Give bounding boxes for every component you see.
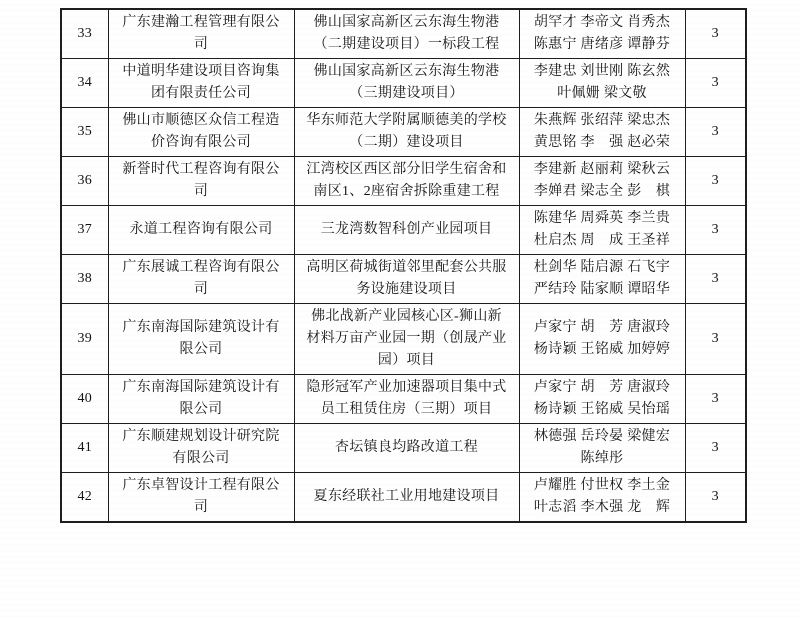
company-name: 广东建瀚工程管理有限公 司 [108, 9, 294, 59]
staff-names: 卢家宁 胡 芳 唐淑玲 杨诗颖 王铭威 吴怡瑶 [519, 375, 685, 424]
staff-count: 3 [685, 206, 746, 255]
staff-count: 3 [685, 424, 746, 473]
project-name: 夏东经联社工业用地建设项目 [294, 473, 519, 523]
staff-count: 3 [685, 304, 746, 375]
company-name: 广东展诚工程咨询有限公 司 [108, 255, 294, 304]
company-name: 广东卓智设计工程有限公 司 [108, 473, 294, 523]
project-name: 佛山国家高新区云东海生物港 （二期建设项目）一标段工程 [294, 9, 519, 59]
project-name: 隐形冠军产业加速器项目集中式 员工租赁住房（三期）项目 [294, 375, 519, 424]
table-row: 40 广东南海国际建筑设计有 限公司 隐形冠军产业加速器项目集中式 员工租赁住房… [61, 375, 746, 424]
project-name: 佛山国家高新区云东海生物港 （三期建设项目） [294, 59, 519, 108]
staff-count: 3 [685, 9, 746, 59]
row-number: 36 [61, 157, 108, 206]
row-number: 37 [61, 206, 108, 255]
staff-count: 3 [685, 108, 746, 157]
table-row: 42 广东卓智设计工程有限公 司 夏东经联社工业用地建设项目 卢耀胜 付世权 李… [61, 473, 746, 523]
project-name: 三龙湾数智科创产业园项目 [294, 206, 519, 255]
project-name: 华东师范大学附属顺德美的学校 （二期）建设项目 [294, 108, 519, 157]
company-name: 中道明华建设项目咨询集 团有限责任公司 [108, 59, 294, 108]
project-name: 高明区荷城街道邻里配套公共服 务设施建设项目 [294, 255, 519, 304]
scanned-document-page: 33 广东建瀚工程管理有限公 司 佛山国家高新区云东海生物港 （二期建设项目）一… [0, 0, 800, 617]
company-name: 永道工程咨询有限公司 [108, 206, 294, 255]
row-number: 34 [61, 59, 108, 108]
table-row: 38 广东展诚工程咨询有限公 司 高明区荷城街道邻里配套公共服 务设施建设项目 … [61, 255, 746, 304]
staff-count: 3 [685, 157, 746, 206]
staff-names: 卢家宁 胡 芳 唐淑玲 杨诗颖 王铭威 加婷婷 [519, 304, 685, 375]
company-name: 佛山市顺德区众信工程造 价咨询有限公司 [108, 108, 294, 157]
table-row: 33 广东建瀚工程管理有限公 司 佛山国家高新区云东海生物港 （二期建设项目）一… [61, 9, 746, 59]
staff-names: 卢耀胜 付世权 李土金 叶志滔 李木强 龙 辉 [519, 473, 685, 523]
table-row: 36 新誉时代工程咨询有限公 司 江湾校区西区部分旧学生宿舍和 南区1、2座宿舍… [61, 157, 746, 206]
staff-names: 林德强 岳玲晏 梁健宏 陈绰彤 [519, 424, 685, 473]
staff-names: 胡罕才 李帝文 肖秀杰 陈惠宁 唐绪彦 谭静芬 [519, 9, 685, 59]
staff-names: 陈建华 周舜英 李兰贵 杜启杰 周 成 王圣祥 [519, 206, 685, 255]
row-number: 42 [61, 473, 108, 523]
row-number: 35 [61, 108, 108, 157]
staff-names: 杜剑华 陆启源 石飞宇 严结玲 陆家顺 谭昭华 [519, 255, 685, 304]
staff-count: 3 [685, 473, 746, 523]
company-name: 广东南海国际建筑设计有 限公司 [108, 375, 294, 424]
project-name: 佛北战新产业园核心区-狮山新 材料万亩产业园一期（创晟产业 园）项目 [294, 304, 519, 375]
company-name: 广东南海国际建筑设计有 限公司 [108, 304, 294, 375]
staff-count: 3 [685, 375, 746, 424]
table-row: 39 广东南海国际建筑设计有 限公司 佛北战新产业园核心区-狮山新 材料万亩产业… [61, 304, 746, 375]
staff-count: 3 [685, 255, 746, 304]
staff-names: 朱燕辉 张绍萍 梁忠杰 黄思铭 李 强 赵必荣 [519, 108, 685, 157]
company-name: 广东顺建规划设计研究院 有限公司 [108, 424, 294, 473]
project-name: 江湾校区西区部分旧学生宿舍和 南区1、2座宿舍拆除重建工程 [294, 157, 519, 206]
table-row: 41 广东顺建规划设计研究院 有限公司 杏坛镇良均路改道工程 林德强 岳玲晏 梁… [61, 424, 746, 473]
table-row: 37 永道工程咨询有限公司 三龙湾数智科创产业园项目 陈建华 周舜英 李兰贵 杜… [61, 206, 746, 255]
company-name: 新誉时代工程咨询有限公 司 [108, 157, 294, 206]
row-number: 40 [61, 375, 108, 424]
row-number: 41 [61, 424, 108, 473]
row-number: 38 [61, 255, 108, 304]
table-row: 35 佛山市顺德区众信工程造 价咨询有限公司 华东师范大学附属顺德美的学校 （二… [61, 108, 746, 157]
row-number: 33 [61, 9, 108, 59]
staff-names: 李建新 赵丽莉 梁秋云 李婵君 梁志全 彭 棋 [519, 157, 685, 206]
row-number: 39 [61, 304, 108, 375]
staff-names: 李建忠 刘世刚 陈玄然 叶佩姗 梁文敬 [519, 59, 685, 108]
staff-count: 3 [685, 59, 746, 108]
table-row: 34 中道明华建设项目咨询集 团有限责任公司 佛山国家高新区云东海生物港 （三期… [61, 59, 746, 108]
project-roster-table: 33 广东建瀚工程管理有限公 司 佛山国家高新区云东海生物港 （二期建设项目）一… [60, 8, 747, 523]
project-name: 杏坛镇良均路改道工程 [294, 424, 519, 473]
